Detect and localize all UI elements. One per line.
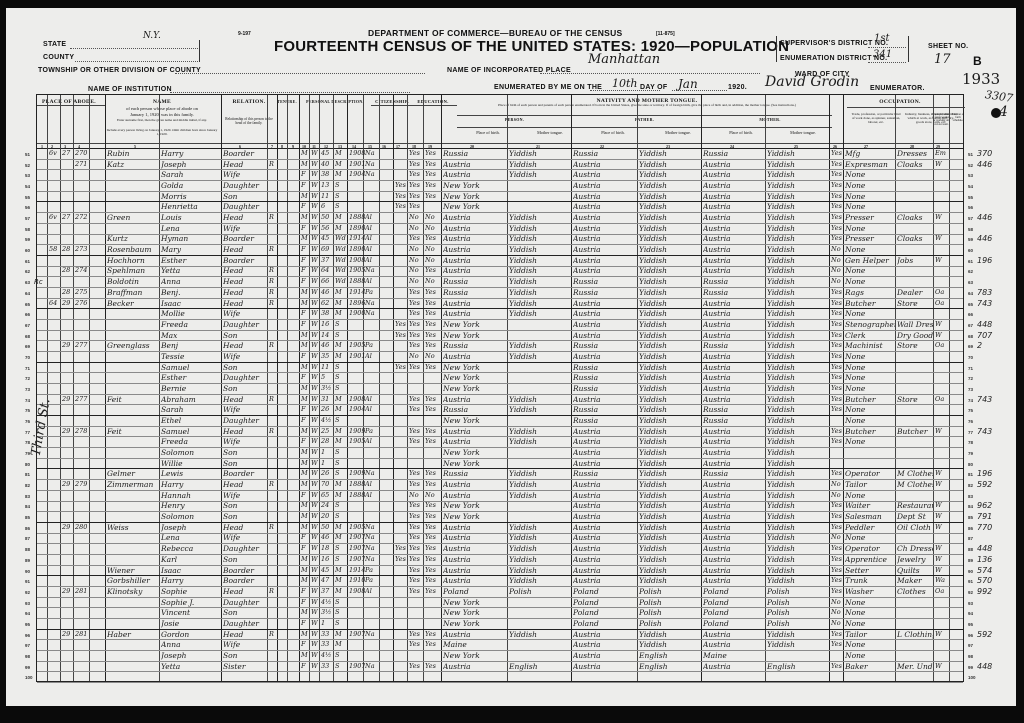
cell-marital: S bbox=[335, 447, 349, 458]
cell-sex: F bbox=[301, 255, 311, 266]
cell-tongue: Yiddish bbox=[509, 522, 571, 533]
cell-tongue: Yiddish bbox=[509, 298, 571, 309]
margin-number-top: 1933 bbox=[962, 70, 1000, 88]
cell-trade: Expresman bbox=[845, 159, 895, 170]
cell-race: W bbox=[311, 212, 321, 223]
cell-m-pob: Poland bbox=[703, 586, 765, 597]
cell-relation: Head bbox=[223, 159, 269, 170]
cell-read: Yes bbox=[409, 319, 423, 330]
cell-family: 279 bbox=[75, 479, 91, 490]
cell-surname: Greenglass bbox=[107, 340, 161, 351]
cell-given: Vincent bbox=[161, 607, 223, 618]
cell-age: 28 bbox=[321, 436, 335, 447]
cell-m-tongue: Yiddish bbox=[767, 629, 829, 640]
cell-marital: M bbox=[335, 287, 349, 298]
cell-sex: F bbox=[301, 618, 311, 629]
bracket bbox=[908, 36, 909, 62]
cell-f-tongue: Yiddish bbox=[639, 575, 701, 586]
cell-write: Yes bbox=[425, 298, 441, 309]
form-number: 9-197 bbox=[238, 31, 251, 37]
cell-trade: None bbox=[845, 191, 895, 202]
cell-english: Yes bbox=[831, 233, 845, 244]
cell-age: 45 bbox=[321, 148, 335, 159]
cell-m-pob: Austria bbox=[703, 351, 765, 362]
group-father: FATHER. bbox=[582, 117, 707, 122]
cell-trade: Machinist bbox=[845, 340, 895, 351]
cell-m-tongue: Yiddish bbox=[767, 383, 829, 394]
cell-marital: S bbox=[335, 383, 349, 394]
cell-pob: Austria bbox=[443, 522, 507, 533]
cell-surname: Becker bbox=[107, 298, 161, 309]
cell-nat: Pa bbox=[365, 575, 381, 586]
cell-m-pob: Austria bbox=[703, 500, 765, 511]
cell-tongue: Yiddish bbox=[509, 554, 571, 565]
cell-m-pob: Russia bbox=[703, 287, 765, 298]
cell-write: Yes bbox=[425, 308, 441, 319]
sheet-side: B bbox=[973, 54, 982, 68]
cell-english: Yes bbox=[831, 201, 845, 212]
cell-given: Sophie J. bbox=[161, 597, 223, 608]
cell-english: No bbox=[831, 276, 845, 287]
cell-f-pob: Austria bbox=[573, 265, 637, 276]
cell-m-tongue: Yiddish bbox=[767, 298, 829, 309]
cell-trade: None bbox=[845, 265, 895, 276]
supervisor-district-label: SUPERVISOR'S DISTRICT NO. bbox=[780, 40, 888, 47]
cell-school: Yes bbox=[395, 201, 407, 212]
cell-trade: None bbox=[845, 180, 895, 191]
cell-m-pob: Austria bbox=[703, 426, 765, 437]
cell-sex: M bbox=[301, 575, 311, 586]
cell-industry: Dresses bbox=[897, 148, 933, 159]
cell-write: Yes bbox=[425, 159, 441, 170]
cell-imm: 1908 bbox=[349, 255, 365, 266]
cell-f-pob: Austria bbox=[573, 554, 637, 565]
cell-f-tongue: Yiddish bbox=[639, 629, 701, 640]
cell-f-pob: Austria bbox=[573, 244, 637, 255]
cell-trade: None bbox=[845, 532, 895, 543]
cell-write: Yes bbox=[425, 629, 441, 640]
cell-surname: Kurtz bbox=[107, 233, 161, 244]
cell-f-tongue: Yiddish bbox=[639, 372, 701, 383]
cell-house: 29 bbox=[62, 586, 75, 597]
cell-marital: S bbox=[335, 330, 349, 341]
cell-race: W bbox=[311, 169, 321, 180]
cell-write: Yes bbox=[425, 479, 441, 490]
cell-english: Yes bbox=[831, 169, 845, 180]
cell-marital: S bbox=[335, 554, 349, 565]
cell-english: Yes bbox=[831, 148, 845, 159]
cell-marital: M bbox=[335, 532, 349, 543]
cell-tenure: R bbox=[269, 159, 277, 170]
cell-line: 85 bbox=[25, 515, 33, 520]
cell-trade: Waiter bbox=[845, 500, 895, 511]
cell-relation: Son bbox=[223, 330, 269, 341]
cell-marital: Wd bbox=[335, 276, 349, 287]
cell-m-pob: Poland bbox=[703, 618, 765, 629]
cell-sex: M bbox=[301, 159, 311, 170]
cell-sex: F bbox=[301, 490, 311, 501]
cell-marital: S bbox=[335, 458, 349, 469]
cell-read: Yes bbox=[409, 522, 423, 533]
cell-f-pob: Russia bbox=[573, 468, 637, 479]
cell-employer: Wa bbox=[935, 575, 949, 586]
cell-line: 70 bbox=[25, 355, 33, 360]
line-number-right: 70 bbox=[968, 355, 973, 360]
cell-given: Lena bbox=[161, 223, 223, 234]
cell-line: 67 bbox=[25, 323, 33, 328]
cell-read: Yes bbox=[409, 148, 423, 159]
township-line bbox=[175, 73, 425, 74]
cell-nat: Pa bbox=[365, 287, 381, 298]
right-margin-code: 446 bbox=[977, 213, 992, 222]
cell-english: Yes bbox=[831, 394, 845, 405]
cell-english: No bbox=[831, 244, 845, 255]
table-header: PLACE OF ABODE. NAME of each person whos… bbox=[37, 95, 963, 149]
cell-m-pob: Maine bbox=[703, 650, 765, 661]
cell-f-tongue: Yiddish bbox=[639, 330, 701, 341]
cell-pob: Austria bbox=[443, 565, 507, 576]
cell-line: 62 bbox=[25, 269, 33, 274]
cell-race: W bbox=[311, 426, 321, 437]
cell-marital: Wd bbox=[335, 265, 349, 276]
cell-tongue: Yiddish bbox=[509, 490, 571, 501]
cell-m-pob: Austria bbox=[703, 522, 765, 533]
cell-race: W bbox=[311, 458, 321, 469]
cell-relation: Boarder bbox=[223, 255, 269, 266]
cell-read: Yes bbox=[409, 340, 423, 351]
father-pob: Place of birth. bbox=[582, 131, 644, 136]
cell-race: W bbox=[311, 287, 321, 298]
cell-m-tongue: Yiddish bbox=[767, 319, 829, 330]
table-row: 99YettaSisterFW33S1907NaYesYesAustriaEng… bbox=[37, 662, 963, 673]
cell-race: W bbox=[311, 468, 321, 479]
cell-m-tongue: Yiddish bbox=[767, 458, 829, 469]
cell-race: W bbox=[311, 265, 321, 276]
cell-english: Yes bbox=[831, 426, 845, 437]
cell-m-pob: Austria bbox=[703, 330, 765, 341]
line-number-right: 88 bbox=[968, 547, 973, 552]
cell-sex: M bbox=[301, 330, 311, 341]
cell-m-tongue: Yiddish bbox=[767, 532, 829, 543]
cell-m-tongue: Yiddish bbox=[767, 244, 829, 255]
cell-english: No bbox=[831, 618, 845, 629]
cell-sex: M bbox=[301, 565, 311, 576]
cell-pob: Austria bbox=[443, 233, 507, 244]
cell-m-pob: Austria bbox=[703, 383, 765, 394]
cell-industry: Cloaks bbox=[897, 212, 933, 223]
cell-m-pob: Austria bbox=[703, 212, 765, 223]
cell-write: Yes bbox=[425, 394, 441, 405]
cell-street: 6v bbox=[49, 212, 62, 223]
cell-f-tongue: Yiddish bbox=[639, 383, 701, 394]
cell-pob: Austria bbox=[443, 661, 507, 672]
cell-m-pob: Russia bbox=[703, 340, 765, 351]
cell-f-pob: Austria bbox=[573, 233, 637, 244]
cell-tongue: Yiddish bbox=[509, 532, 571, 543]
cell-f-tongue: Yiddish bbox=[639, 522, 701, 533]
cell-f-pob: Austria bbox=[573, 330, 637, 341]
cell-industry: Cloaks bbox=[897, 233, 933, 244]
cell-pob: Austria bbox=[443, 351, 507, 362]
cell-pob: Austria bbox=[443, 436, 507, 447]
cell-age: 1 bbox=[321, 447, 335, 458]
cell-race: W bbox=[311, 351, 321, 362]
cell-line: 72 bbox=[25, 376, 33, 381]
cell-line: 89 bbox=[25, 558, 33, 563]
cell-read: Yes bbox=[409, 532, 423, 543]
right-margin-code: 992 bbox=[977, 587, 992, 596]
cell-trade: Butcher bbox=[845, 426, 895, 437]
cell-f-pob: Austria bbox=[573, 351, 637, 362]
cell-pob: Austria bbox=[443, 394, 507, 405]
cell-write: Yes bbox=[425, 233, 441, 244]
cell-tenure: R bbox=[269, 479, 277, 490]
cell-marital: M bbox=[335, 522, 349, 533]
cell-write: Yes bbox=[425, 543, 441, 554]
cell-family: 281 bbox=[75, 586, 91, 597]
cell-line: 94 bbox=[25, 611, 33, 616]
cell-read: No bbox=[409, 212, 423, 223]
cell-f-tongue: Yiddish bbox=[639, 500, 701, 511]
cell-f-pob: Austria bbox=[573, 255, 637, 266]
cell-industry: Dept St bbox=[897, 511, 933, 522]
cell-read: No bbox=[409, 255, 423, 266]
cell-race: W bbox=[311, 180, 321, 191]
cell-write: Yes bbox=[425, 265, 441, 276]
cell-marital: M bbox=[335, 394, 349, 405]
cell-age: 33 bbox=[321, 639, 335, 650]
cell-marital: S bbox=[335, 180, 349, 191]
enumeration-line bbox=[868, 62, 906, 63]
cell-f-pob: Poland bbox=[573, 618, 637, 629]
cell-sex: M bbox=[301, 212, 311, 223]
cell-industry: Jobs bbox=[897, 255, 933, 266]
name-desc-2: January 1, 1920, was in this family. bbox=[105, 112, 219, 117]
cell-trade: Butcher bbox=[845, 394, 895, 405]
cell-age: 1 bbox=[321, 618, 335, 629]
cell-m-tongue: Yiddish bbox=[767, 362, 829, 373]
cell-race: W bbox=[311, 575, 321, 586]
group-mother: MOTHER. bbox=[710, 117, 830, 122]
cell-read: Yes bbox=[409, 543, 423, 554]
cell-age: 25 bbox=[321, 426, 335, 437]
cell-given: Harry bbox=[161, 148, 223, 159]
cell-m-pob: Austria bbox=[703, 223, 765, 234]
line-number-right: 61 bbox=[968, 259, 973, 264]
cell-imm: 1890 bbox=[349, 244, 365, 255]
cell-m-tongue: Yiddish bbox=[767, 201, 829, 212]
cell-given: Tessie bbox=[161, 351, 223, 362]
cell-marital: S bbox=[335, 511, 349, 522]
cell-english: No bbox=[831, 255, 845, 266]
cell-employer: W bbox=[935, 565, 949, 576]
cell-trade: Tailor bbox=[845, 479, 895, 490]
cell-relation: Daughter bbox=[223, 201, 269, 212]
cell-f-tongue: Yiddish bbox=[639, 468, 701, 479]
cell-m-tongue: Yiddish bbox=[767, 255, 829, 266]
cell-given: Yetta bbox=[161, 661, 223, 672]
cell-english: Yes bbox=[831, 404, 845, 415]
cell-marital: M bbox=[335, 426, 349, 437]
cell-age: 69 bbox=[321, 244, 335, 255]
line-number-right: 64 bbox=[968, 291, 973, 296]
cell-f-pob: Russia bbox=[573, 287, 637, 298]
cell-race: W bbox=[311, 479, 321, 490]
cell-trade: Washer bbox=[845, 586, 895, 597]
cell-race: W bbox=[311, 597, 321, 608]
cell-imm: 1905 bbox=[349, 340, 365, 351]
cell-tenure: R bbox=[269, 265, 277, 276]
cell-relation: Daughter bbox=[223, 543, 269, 554]
cell-tenure: R bbox=[269, 287, 277, 298]
cell-race: W bbox=[311, 607, 321, 618]
cell-m-tongue: Yiddish bbox=[767, 394, 829, 405]
cell-employer: Em bbox=[935, 148, 949, 159]
cell-trade: None bbox=[845, 607, 895, 618]
cell-read: Yes bbox=[409, 661, 423, 672]
cell-given: Yetta bbox=[161, 265, 223, 276]
cell-given: Ethel bbox=[161, 415, 223, 426]
cell-m-pob: Austria bbox=[703, 479, 765, 490]
scan-border-top bbox=[0, 0, 1024, 8]
cell-f-pob: Austria bbox=[573, 639, 637, 650]
cell-nat: Na bbox=[365, 265, 381, 276]
cell-line: 84 bbox=[25, 504, 33, 509]
line-number-right: 89 bbox=[968, 558, 973, 563]
cell-f-tongue: Yiddish bbox=[639, 287, 701, 298]
cell-m-tongue: Polish bbox=[767, 597, 829, 608]
cell-relation: Head bbox=[223, 298, 269, 309]
cell-pob: Austria bbox=[443, 159, 507, 170]
cell-tongue: English bbox=[509, 661, 571, 672]
line-number-right: 62 bbox=[968, 269, 973, 274]
cell-given: Willie bbox=[161, 458, 223, 469]
state-label: STATE bbox=[43, 41, 66, 48]
line-number-right: 97 bbox=[968, 643, 973, 648]
cell-m-pob: Austria bbox=[703, 169, 765, 180]
cell-trade: None bbox=[845, 618, 895, 629]
cell-sex: M bbox=[301, 394, 311, 405]
cell-m-pob: Austria bbox=[703, 575, 765, 586]
cell-trade: None bbox=[845, 244, 895, 255]
cell-nat: Al bbox=[365, 276, 381, 287]
cell-house: 29 bbox=[62, 298, 75, 309]
cell-given: Esther bbox=[161, 255, 223, 266]
cell-relation: Head bbox=[223, 522, 269, 533]
cell-sex: F bbox=[301, 436, 311, 447]
cell-line: 83 bbox=[25, 494, 33, 499]
cell-race: W bbox=[311, 330, 321, 341]
cell-f-pob: Austria bbox=[573, 298, 637, 309]
cell-age: 26 bbox=[321, 404, 335, 415]
cell-m-tongue: Yiddish bbox=[767, 330, 829, 341]
cell-m-pob: Austria bbox=[703, 532, 765, 543]
cell-marital: Wd bbox=[335, 244, 349, 255]
cell-sex: F bbox=[301, 639, 311, 650]
line-number-right: 99 bbox=[968, 665, 973, 670]
cell-m-tongue: Yiddish bbox=[767, 447, 829, 458]
cell-write: No bbox=[425, 223, 441, 234]
cell-sex: M bbox=[301, 522, 311, 533]
cell-surname: Feit bbox=[107, 394, 161, 405]
cell-line: 74 bbox=[25, 398, 33, 403]
cell-marital: M bbox=[335, 223, 349, 234]
cell-line: 55 bbox=[25, 195, 33, 200]
cell-given: Freeda bbox=[161, 319, 223, 330]
line-number-right: 86 bbox=[968, 526, 973, 531]
page-title: FOURTEENTH CENSUS OF THE UNITED STATES: … bbox=[274, 38, 789, 55]
cell-f-tongue: Yiddish bbox=[639, 244, 701, 255]
cell-pob: Austria bbox=[443, 575, 507, 586]
cell-english: No bbox=[831, 265, 845, 276]
cell-write: Yes bbox=[425, 565, 441, 576]
cell-m-tongue: Yiddish bbox=[767, 265, 829, 276]
right-margin-code: 136 bbox=[977, 555, 992, 564]
cell-f-pob: Russia bbox=[573, 362, 637, 373]
cell-relation: Son bbox=[223, 447, 269, 458]
cell-age: 31 bbox=[321, 394, 335, 405]
cell-given: Hyman bbox=[161, 233, 223, 244]
cell-given: Solomon bbox=[161, 447, 223, 458]
cell-sex: M bbox=[301, 191, 311, 202]
cell-surname: Zimmerman bbox=[107, 479, 161, 490]
cell-m-tongue: Yiddish bbox=[767, 287, 829, 298]
line-number-right: 63 bbox=[968, 280, 973, 285]
cell-trade: Baker bbox=[845, 661, 895, 672]
cell-nat: Na bbox=[365, 308, 381, 319]
cell-relation: Son bbox=[223, 607, 269, 618]
cell-line: 82 bbox=[25, 483, 33, 488]
cell-imm: 1901 bbox=[349, 159, 365, 170]
cell-surname: Rosenbaum bbox=[107, 244, 161, 255]
cell-tongue: Yiddish bbox=[509, 212, 571, 223]
cell-line: 98 bbox=[25, 654, 33, 659]
cell-trade: Setter bbox=[845, 565, 895, 576]
cell-given: Gordon bbox=[161, 629, 223, 640]
cell-age: 35 bbox=[321, 351, 335, 362]
cell-given: Benj. bbox=[161, 287, 223, 298]
cell-sex: M bbox=[301, 233, 311, 244]
incorporated-place-value: Manhattan bbox=[588, 52, 660, 67]
cell-sex: M bbox=[301, 554, 311, 565]
cell-read: Yes bbox=[409, 404, 423, 415]
right-margin-code: 707 bbox=[977, 331, 992, 340]
cell-f-pob: Austria bbox=[573, 191, 637, 202]
cell-m-tongue: Yiddish bbox=[767, 276, 829, 287]
cell-f-tongue: Yiddish bbox=[639, 436, 701, 447]
enumeration-day: 10th bbox=[612, 77, 638, 90]
cell-f-tongue: Yiddish bbox=[639, 543, 701, 554]
cell-given: Lewis bbox=[161, 468, 223, 479]
cell-sex: F bbox=[301, 415, 311, 426]
cell-trade: None bbox=[845, 308, 895, 319]
right-margin-code: 196 bbox=[977, 256, 992, 265]
cell-relation: Boarder bbox=[223, 148, 269, 159]
cell-line: 95 bbox=[25, 622, 33, 627]
cell-tongue: Polish bbox=[509, 586, 571, 597]
cell-pob: Russia bbox=[443, 340, 507, 351]
cell-m-pob: Austria bbox=[703, 565, 765, 576]
cell-nat: Na bbox=[365, 522, 381, 533]
cell-english: No bbox=[831, 607, 845, 618]
cell-age: 3½ bbox=[321, 383, 335, 394]
cell-m-pob: Austria bbox=[703, 639, 765, 650]
right-margin-code: 592 bbox=[977, 630, 992, 639]
cell-english: Yes bbox=[831, 383, 845, 394]
enumeration-district-value: 341 bbox=[873, 49, 892, 60]
cell-marital: M bbox=[335, 575, 349, 586]
cell-family: 278 bbox=[75, 426, 91, 437]
